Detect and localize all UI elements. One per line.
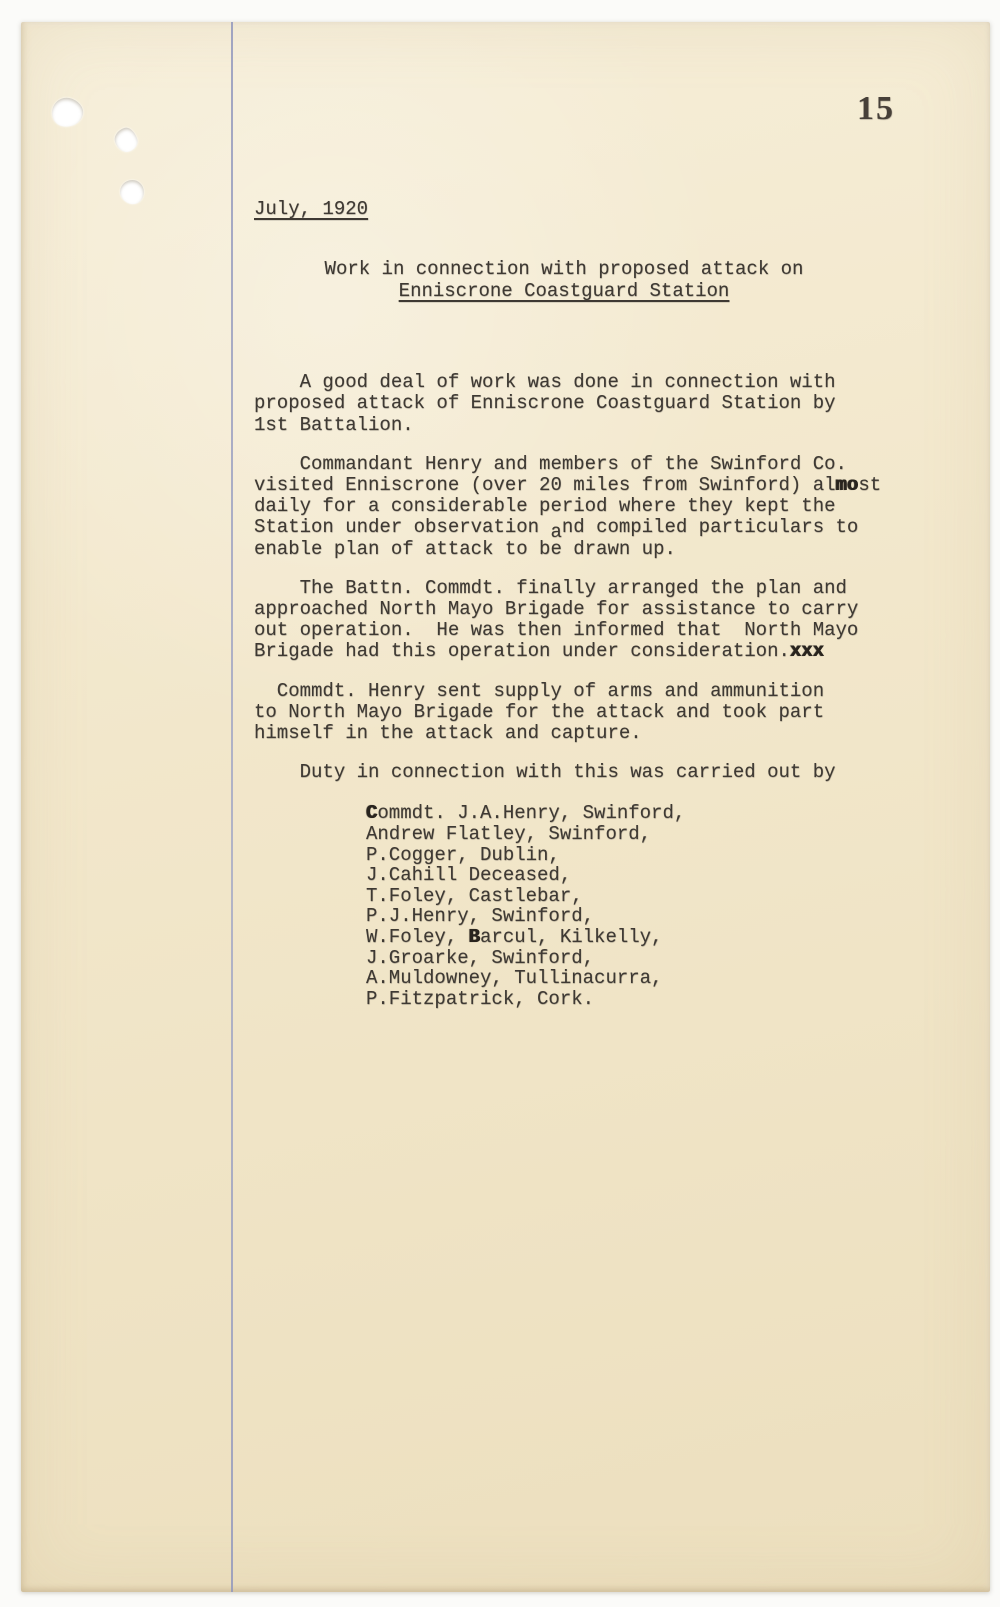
text-line: Andrew Flatley, Swinford, bbox=[366, 824, 874, 845]
text-run: proposed attack of Enniscrone Coastguard… bbox=[254, 392, 836, 414]
text-run: Station under observation bbox=[254, 516, 550, 538]
text-line: W.Foley, Barcul, Kilkelly, bbox=[366, 927, 874, 948]
text-run: approached North Mayo Brigade for assist… bbox=[254, 598, 858, 620]
punch-hole bbox=[112, 125, 140, 155]
text-line: 1st Battalion. bbox=[254, 415, 874, 436]
text-line: Duty in connection with this was carried… bbox=[254, 762, 874, 783]
text-run: enable plan of attack to be drawn up. bbox=[254, 538, 676, 560]
text-run: Andrew Flatley, Swinford, bbox=[366, 823, 651, 845]
text-run: xxx bbox=[790, 640, 824, 662]
title-line-1: Work in connection with proposed attack … bbox=[254, 258, 874, 280]
text-run: A.Muldowney, Tullinacurra, bbox=[366, 967, 662, 989]
text-run: out operation. He was then informed that… bbox=[254, 619, 858, 641]
paragraph: Commandant Henry and members of the Swin… bbox=[254, 454, 874, 560]
paper-sheet: 15 July, 1920 Work in connection with pr… bbox=[21, 22, 990, 1592]
text-run: Brigade had this operation under conside… bbox=[254, 640, 790, 662]
document-content: July, 1920 Work in connection with propo… bbox=[254, 199, 874, 1009]
text-run: The Battn. Commdt. finally arranged the … bbox=[254, 577, 847, 599]
text-run: st bbox=[858, 474, 881, 496]
text-run: Commandant Henry and members of the Swin… bbox=[254, 453, 847, 475]
text-run: C bbox=[366, 802, 377, 824]
text-line: P.J.Henry, Swinford, bbox=[366, 906, 874, 927]
doc-title: Work in connection with proposed attack … bbox=[254, 258, 874, 302]
text-run: nd compiled particulars to bbox=[562, 516, 858, 538]
text-run: J.Groarke, Swinford, bbox=[366, 947, 594, 969]
text-line: J.Groarke, Swinford, bbox=[366, 948, 874, 969]
text-run: 1st Battalion. bbox=[254, 414, 414, 436]
text-run: W.Foley, bbox=[366, 926, 469, 948]
names-list: Commdt. J.A.Henry, Swinford,Andrew Flatl… bbox=[366, 803, 874, 1009]
paragraph: A good deal of work was done in connecti… bbox=[254, 372, 874, 436]
text-run: daily for a considerable period where th… bbox=[254, 495, 836, 517]
text-line: to North Mayo Brigade for the attack and… bbox=[254, 702, 874, 723]
body-text: A good deal of work was done in connecti… bbox=[254, 372, 874, 783]
text-line: Commdt. J.A.Henry, Swinford, bbox=[366, 803, 874, 824]
text-run: Duty in connection with this was carried… bbox=[254, 761, 836, 783]
text-run: A good deal of work was done in connecti… bbox=[254, 371, 836, 393]
margin-rule bbox=[231, 22, 233, 1592]
text-run: arcul, Kilkelly, bbox=[480, 926, 662, 948]
scan-background: 15 July, 1920 Work in connection with pr… bbox=[0, 0, 1000, 1607]
text-line: J.Cahill Deceased, bbox=[366, 865, 874, 886]
text-run: P.Cogger, Dublin, bbox=[366, 844, 560, 866]
text-run: Commdt. Henry sent supply of arms and am… bbox=[254, 680, 824, 702]
text-run: a bbox=[550, 522, 561, 543]
text-run: T.Foley, Castlebar, bbox=[366, 885, 583, 907]
text-line: P.Cogger, Dublin, bbox=[366, 845, 874, 866]
paragraph: Duty in connection with this was carried… bbox=[254, 762, 874, 783]
text-line: approached North Mayo Brigade for assist… bbox=[254, 599, 874, 620]
text-line: Station under observation and compiled p… bbox=[254, 517, 874, 538]
punch-hole bbox=[118, 178, 145, 205]
text-run: P.Fitzpatrick, Cork. bbox=[366, 988, 594, 1010]
text-line: visited Enniscrone (over 20 miles from S… bbox=[254, 475, 874, 496]
paragraph: The Battn. Commdt. finally arranged the … bbox=[254, 578, 874, 663]
text-line: proposed attack of Enniscrone Coastguard… bbox=[254, 393, 874, 414]
text-run: himself in the attack and capture. bbox=[254, 722, 642, 744]
text-run: visited Enniscrone (over 20 miles from S… bbox=[254, 474, 836, 496]
text-run: J.Cahill Deceased, bbox=[366, 864, 571, 886]
text-line: himself in the attack and capture. bbox=[254, 723, 874, 744]
text-line: A good deal of work was done in connecti… bbox=[254, 372, 874, 393]
text-run: B bbox=[469, 926, 480, 948]
text-line: The Battn. Commdt. finally arranged the … bbox=[254, 578, 874, 599]
text-line: A.Muldowney, Tullinacurra, bbox=[366, 968, 874, 989]
page-number: 15 bbox=[857, 90, 895, 128]
paragraph: Commdt. Henry sent supply of arms and am… bbox=[254, 681, 874, 745]
text-run: P.J.Henry, Swinford, bbox=[366, 905, 594, 927]
text-run: to North Mayo Brigade for the attack and… bbox=[254, 701, 824, 723]
text-run: mo bbox=[836, 474, 859, 496]
title-line-2: Enniscrone Coastguard Station bbox=[254, 280, 874, 302]
text-line: enable plan of attack to be drawn up. bbox=[254, 539, 874, 560]
date-heading: July, 1920 bbox=[254, 199, 874, 220]
text-line: out operation. He was then informed that… bbox=[254, 620, 874, 641]
text-line: T.Foley, Castlebar, bbox=[366, 886, 874, 907]
text-line: Commandant Henry and members of the Swin… bbox=[254, 454, 874, 475]
punch-hole bbox=[49, 95, 85, 130]
text-line: Commdt. Henry sent supply of arms and am… bbox=[254, 681, 874, 702]
text-line: daily for a considerable period where th… bbox=[254, 496, 874, 517]
text-line: P.Fitzpatrick, Cork. bbox=[366, 989, 874, 1010]
text-run: ommdt. J.A.Henry, Swinford, bbox=[377, 802, 685, 824]
text-line: Brigade had this operation under conside… bbox=[254, 641, 874, 662]
